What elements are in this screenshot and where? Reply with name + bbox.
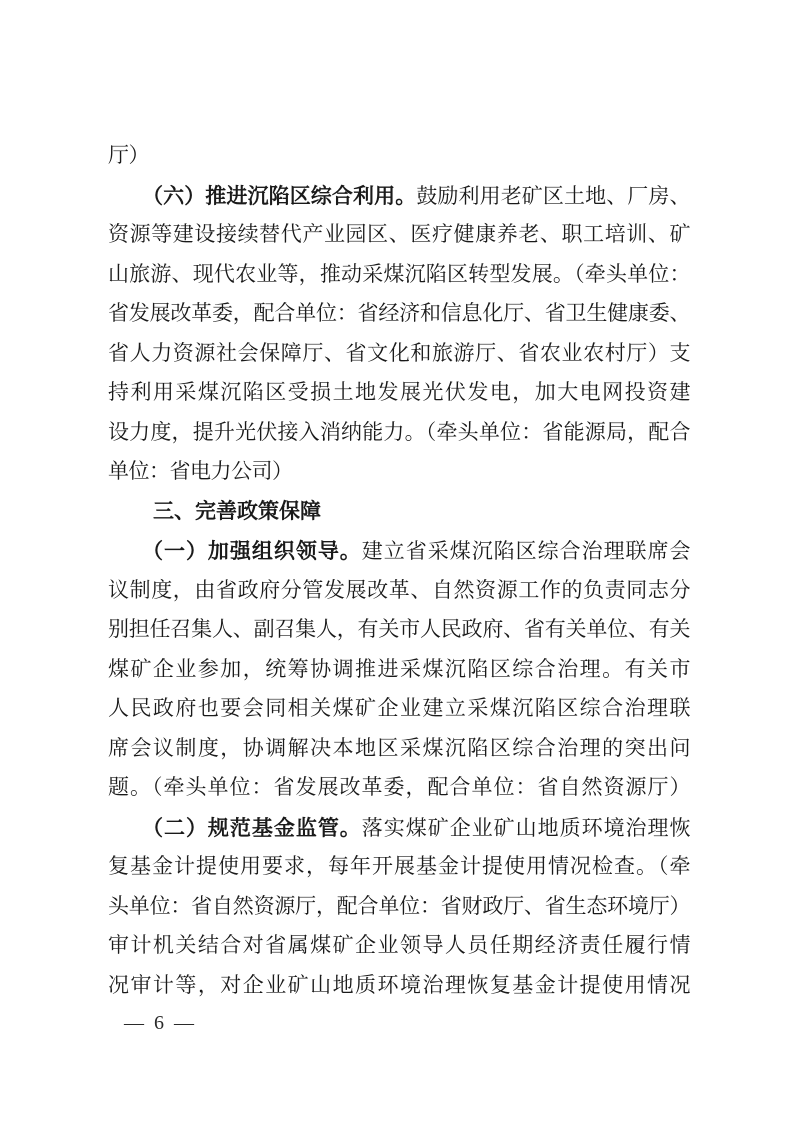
line-text: 建立省采煤沉陷区综合治理联席会	[362, 539, 690, 563]
text-line: 煤矿企业参加，统筹协调推进采煤沉陷区综合治理。有关市	[108, 650, 690, 690]
text-line: 持利用采煤沉陷区受损土地发展光伏发电，加大电网投资建	[108, 373, 690, 413]
paragraph-six-start: （六）推进沉陷区综合利用。鼓励利用老矿区土地、厂房、	[108, 176, 690, 216]
section-heading-two: （二）规范基金监管。	[142, 815, 362, 840]
text-line: 省人力资源社会保障厅、省文化和旅游厅、省农业农村厅）支	[108, 334, 690, 374]
line-text: 况审计等，对企业矿山地质环境治理恢复基金计提使用情况	[108, 973, 690, 997]
line-text: 别担任召集人、副召集人，有关市人民政府、省有关单位、有关	[108, 617, 690, 641]
line-text: 省发展改革委，配合单位：省经济和信息化厅、省卫生健康委、	[108, 301, 690, 325]
line-text: 单位：省电力公司）	[108, 459, 293, 483]
line-text: 复基金计提使用要求，每年开展基金计提使用情况检查。（牵	[108, 854, 690, 878]
text-line: 设力度，提升光伏接入消纳能力。（牵头单位：省能源局，配合	[108, 413, 690, 453]
text-line: 单位：省电力公司）	[108, 452, 690, 492]
line-text: 省人力资源社会保障厅、省文化和旅游厅、省农业农村厅）支	[108, 341, 690, 365]
text-line: 厅）	[108, 136, 690, 176]
section-heading-six: （六）推进沉陷区综合利用。	[142, 183, 416, 208]
line-text: 审计机关结合对省属煤矿企业领导人员任期经济责任履行情	[108, 933, 690, 957]
line-text: 持利用采煤沉陷区受损土地发展光伏发电，加大电网投资建	[108, 380, 690, 404]
document-page: 厅） （六）推进沉陷区综合利用。鼓励利用老矿区土地、厂房、 资源等建设接续替代产…	[0, 0, 798, 1127]
text-line: 复基金计提使用要求，每年开展基金计提使用情况检查。（牵	[108, 847, 690, 887]
line-text: 设力度，提升光伏接入消纳能力。（牵头单位：省能源局，配合	[108, 420, 690, 444]
paragraph-one-start: （一）加强组织领导。建立省采煤沉陷区综合治理联席会	[108, 531, 690, 571]
body-text: 厅） （六）推进沉陷区综合利用。鼓励利用老矿区土地、厂房、 资源等建设接续替代产…	[108, 136, 690, 1005]
text-line: 况审计等，对企业矿山地质环境治理恢复基金计提使用情况	[108, 966, 690, 1006]
line-text: 煤矿企业参加，统筹协调推进采煤沉陷区综合治理。有关市	[108, 657, 690, 681]
page-number: — 6 —	[124, 1008, 194, 1038]
line-text: 题。（牵头单位：省发展改革委，配合单位：省自然资源厅）	[108, 775, 690, 799]
line-text: 落实煤矿企业矿山地质环境治理恢	[362, 816, 690, 840]
line-text: 人民政府也要会同相关煤矿企业建立采煤沉陷区综合治理联	[108, 696, 690, 720]
paragraph-two-start: （二）规范基金监管。落实煤矿企业矿山地质环境治理恢	[108, 808, 690, 848]
text-line: 人民政府也要会同相关煤矿企业建立采煤沉陷区综合治理联	[108, 689, 690, 729]
text-line: 席会议制度，协调解决本地区采煤沉陷区综合治理的突出问	[108, 729, 690, 769]
text-line: 审计机关结合对省属煤矿企业领导人员任期经济责任履行情	[108, 926, 690, 966]
text-line: 省发展改革委，配合单位：省经济和信息化厅、省卫生健康委、	[108, 294, 690, 334]
text-line: 题。（牵头单位：省发展改革委，配合单位：省自然资源厅）	[108, 768, 690, 808]
line-text: 头单位：省自然资源厅，配合单位：省财政厅、省生态环境厅）	[108, 894, 690, 918]
text-line: 头单位：省自然资源厅，配合单位：省财政厅、省生态环境厅）	[108, 887, 690, 927]
line-text: 厅）	[108, 143, 149, 167]
text-line: 议制度，由省政府分管发展改革、自然资源工作的负责同志分	[108, 571, 690, 611]
section-heading-one: （一）加强组织领导。	[142, 538, 362, 563]
line-text: 山旅游、现代农业等，推动采煤沉陷区转型发展。（牵头单位：	[108, 262, 690, 286]
chapter-heading: 三、完善政策保障	[108, 492, 690, 532]
line-text: 议制度，由省政府分管发展改革、自然资源工作的负责同志分	[108, 578, 690, 602]
line-text: 鼓励利用老矿区土地、厂房、	[416, 184, 690, 208]
line-text: 资源等建设接续替代产业园区、医疗健康养老、职工培训、矿	[108, 222, 690, 246]
text-line: 山旅游、现代农业等，推动采煤沉陷区转型发展。（牵头单位：	[108, 255, 690, 295]
text-line: 资源等建设接续替代产业园区、医疗健康养老、职工培训、矿	[108, 215, 690, 255]
line-text: 席会议制度，协调解决本地区采煤沉陷区综合治理的突出问	[108, 736, 690, 760]
text-line: 别担任召集人、副召集人，有关市人民政府、省有关单位、有关	[108, 610, 690, 650]
chapter-heading-text: 三、完善政策保障	[153, 499, 321, 523]
